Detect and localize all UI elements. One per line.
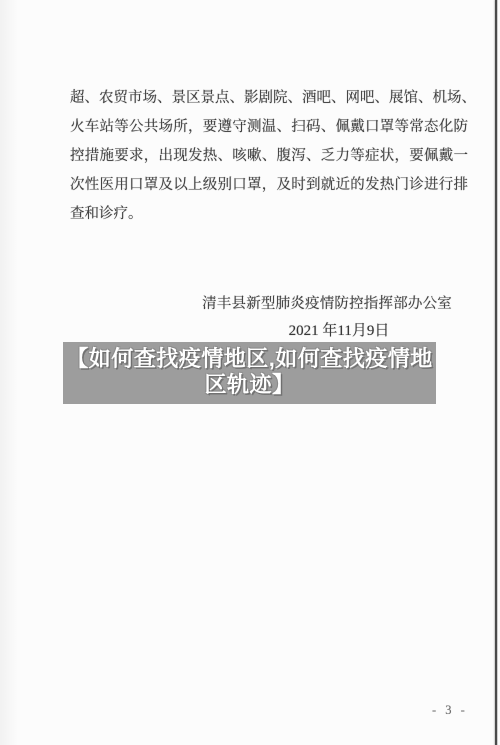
paragraph-line: 查和诊疗。 — [70, 200, 468, 229]
paragraph-line: 超、农贸市场、景区景点、影剧院、酒吧、网吧、展馆、机场、 — [70, 84, 468, 113]
document-date: 2021 年11月9日 — [270, 319, 408, 340]
paragraph-line: 次性医用口罩及以上级别口罩，及时到就近的发热门诊进行排 — [70, 171, 468, 200]
scan-right-edge-line — [495, 0, 497, 745]
caption-overlay-band: 【如何查找疫情地区,如何查找疫情地 区轨迹】 — [63, 342, 436, 404]
caption-title-line: 【如何查找疫情地区,如何查找疫情地 — [63, 346, 436, 372]
page-number: - 3 - — [432, 703, 468, 718]
body-paragraph: 超、农贸市场、景区景点、影剧院、酒吧、网吧、展馆、机场、 火车站等公共场所，要遵… — [70, 84, 468, 229]
caption-title-line: 区轨迹】 — [63, 372, 436, 398]
paragraph-line: 控措施要求，出现发热、咳嗽、腹泻、乏力等症状，要佩戴一 — [70, 142, 468, 171]
paragraph-line: 火车站等公共场所，要遵守测温、扫码、佩戴口罩等常态化防 — [70, 113, 468, 142]
scan-left-shadow — [0, 0, 18, 745]
issuing-office-signature: 清丰县新型肺炎疫情防控指挥部办公室 — [70, 292, 452, 313]
scanned-document-page: 超、农贸市场、景区景点、影剧院、酒吧、网吧、展馆、机场、 火车站等公共场所，要遵… — [0, 0, 500, 745]
